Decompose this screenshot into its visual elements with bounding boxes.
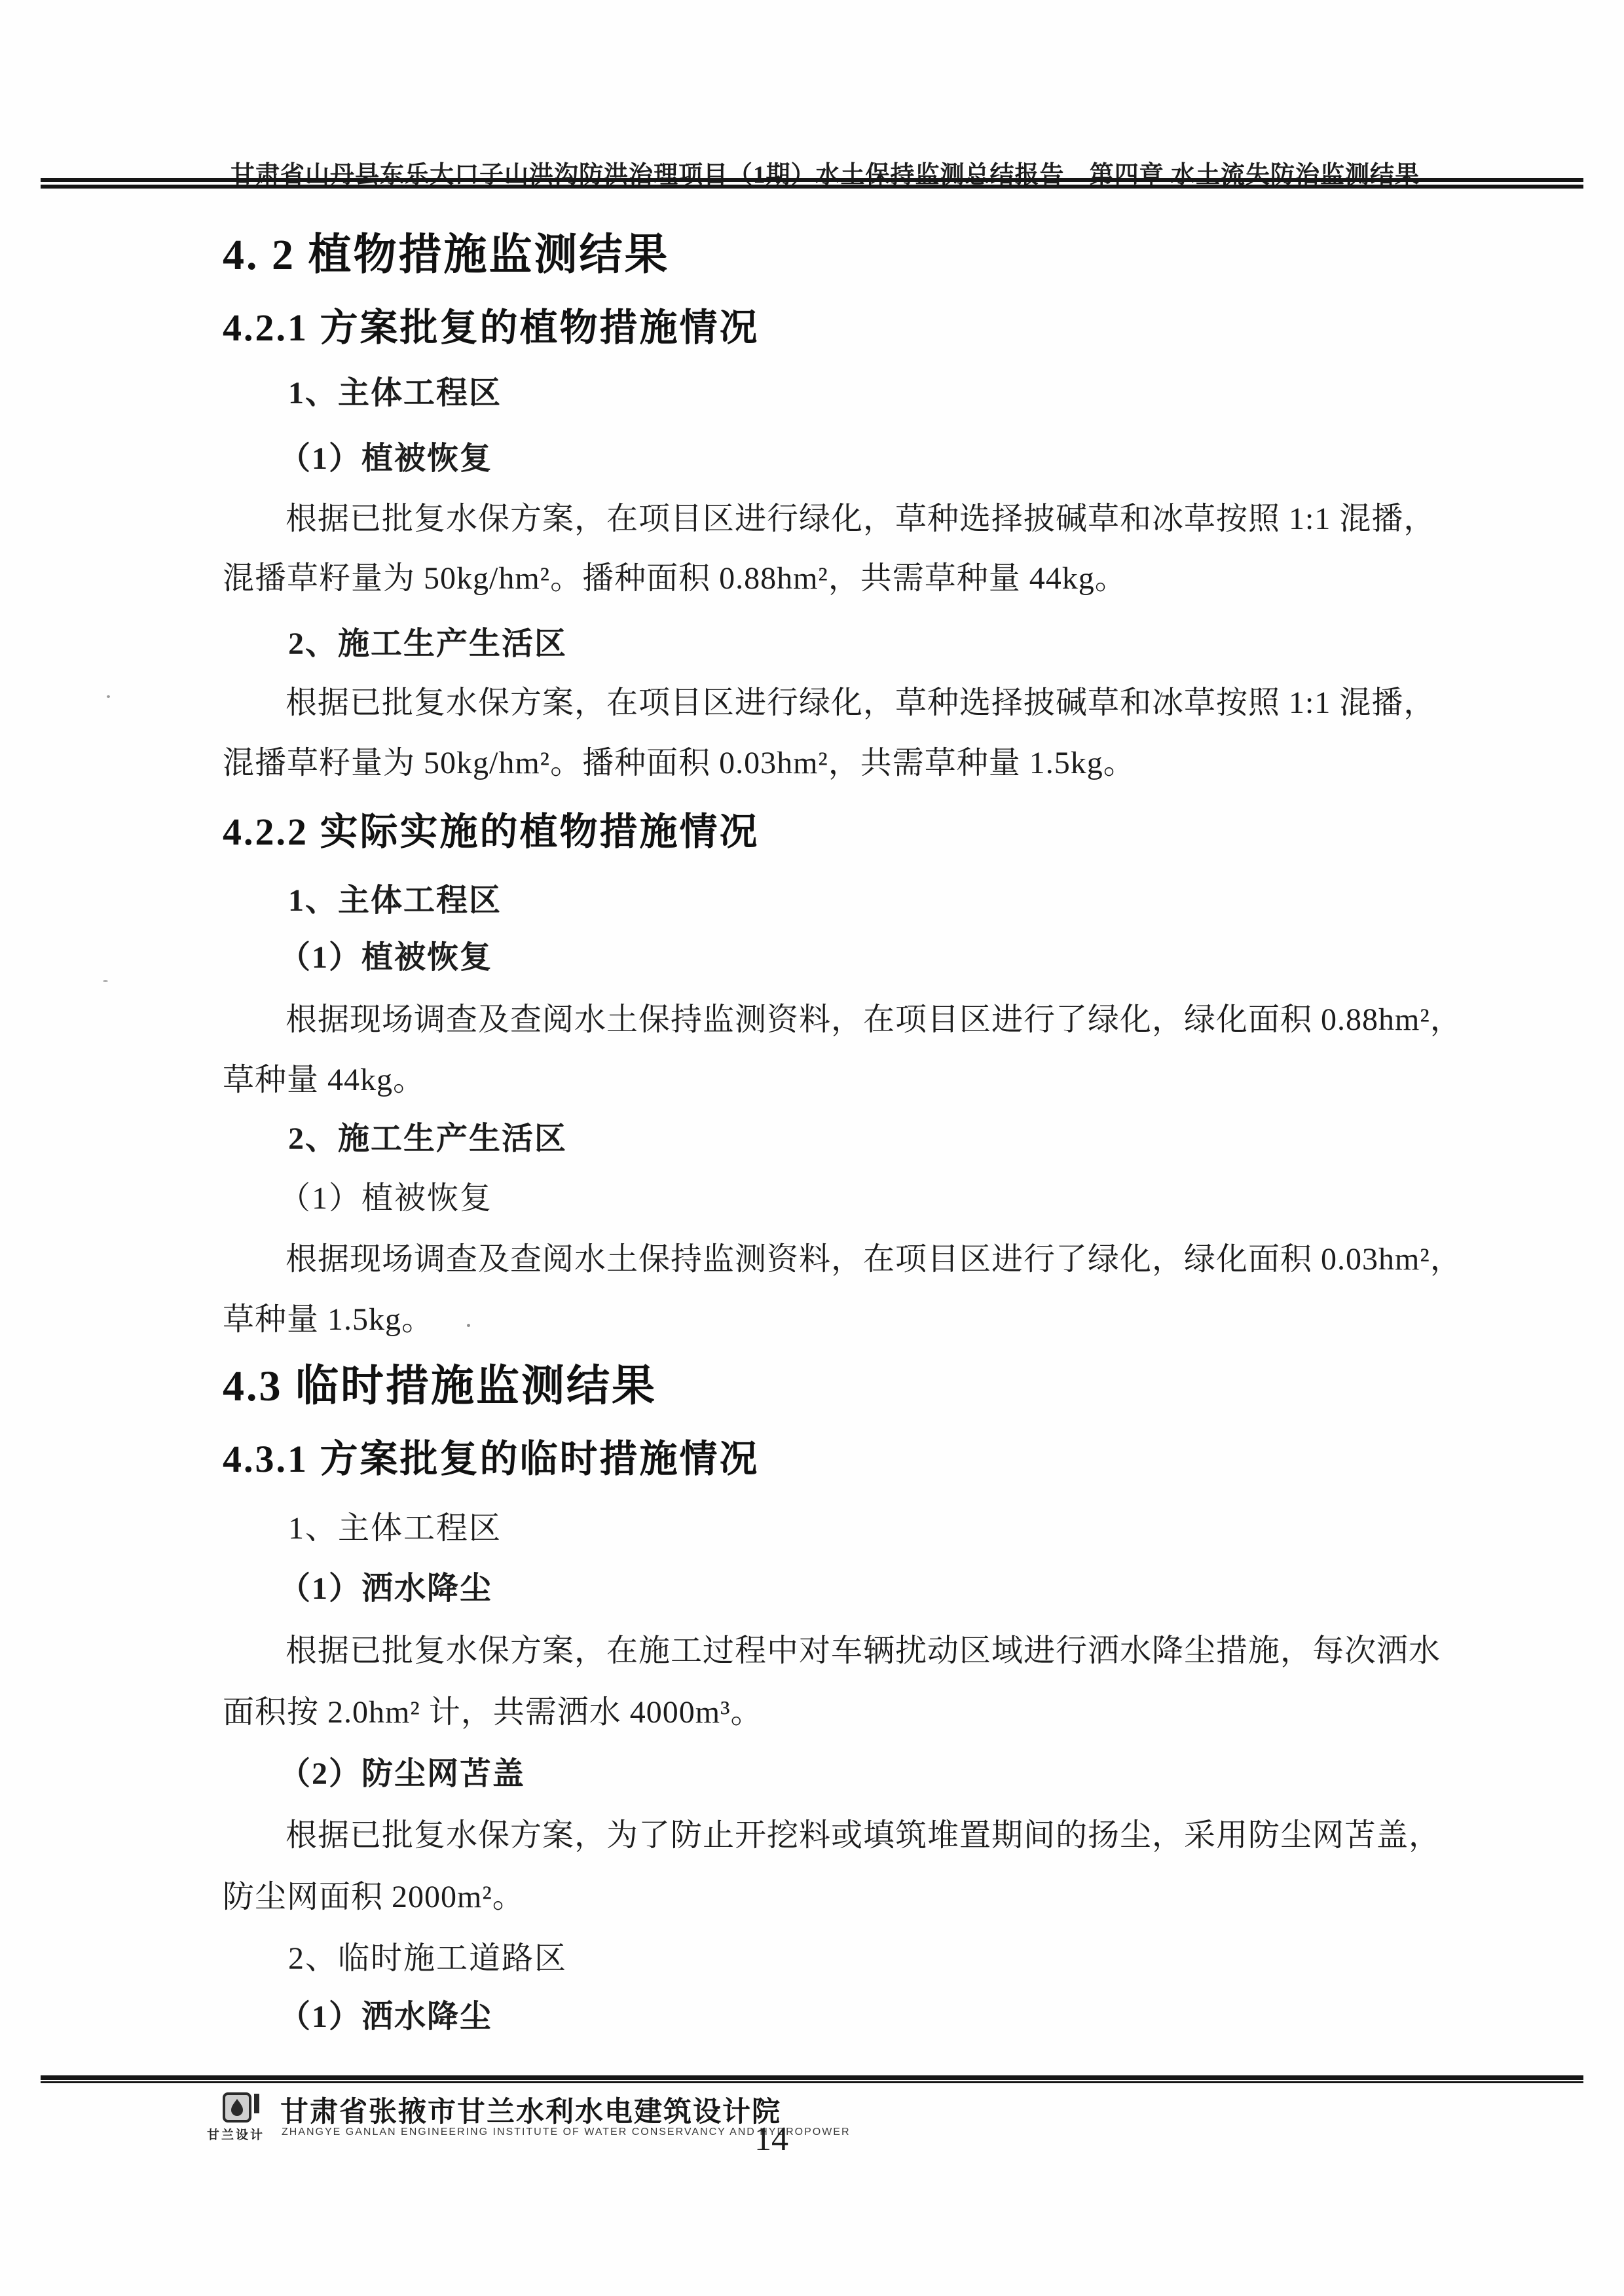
list-item-water-spray: （1）洒水降尘: [223, 1571, 1477, 1607]
page-number: 14: [754, 2120, 788, 2159]
list-item-camp-area: 2、施工生产生活区: [223, 626, 1486, 662]
list-item-revegetation: （1）植被恢复: [223, 441, 1477, 477]
list-item-main-area: 1、主体工程区: [223, 883, 1486, 919]
footer-rule-bottom: [41, 2081, 1583, 2083]
list-item-main-area: 1、主体工程区: [223, 1510, 1486, 1546]
paragraph-line: 草种量 44kg。: [223, 1062, 1421, 1098]
section-heading-4-2: 4. 2 植物措施监测结果: [223, 230, 1421, 280]
section-heading-4-2-2: 4.2.2 实际实施的植物措施情况: [223, 811, 1421, 854]
paragraph-line: 草种量 1.5kg。: [223, 1302, 1421, 1338]
list-item-dust-net: （2）防尘网苫盖: [223, 1756, 1477, 1792]
header-double-rule: [41, 178, 1583, 189]
header-rule-top: [41, 178, 1583, 182]
paragraph-line: 根据已批复水保方案，在项目区进行绿化，草种选择披碱草和冰草按照 1:1 混播，: [223, 501, 1484, 537]
paragraph-line: 根据已批复水保方案，在项目区进行绿化，草种选择披碱草和冰草按照 1:1 混播，: [223, 685, 1484, 721]
footer-rule-top: [41, 2075, 1583, 2080]
list-item-water-spray: （1）洒水降尘: [223, 1999, 1477, 2035]
paragraph-line: 混播草籽量为 50kg/hm²。播种面积 0.88hm²，共需草种量 44kg。: [223, 560, 1421, 596]
paragraph-line: 混播草籽量为 50kg/hm²。播种面积 0.03hm²，共需草种量 1.5kg…: [223, 745, 1421, 781]
section-heading-4-3-1: 4.3.1 方案批复的临时措施情况: [223, 1438, 1421, 1482]
list-item-temp-road-area: 2、临时施工道路区: [223, 1941, 1486, 1977]
section-heading-4-3: 4.3 临时措施监测结果: [223, 1362, 1421, 1412]
list-item-camp-area: 2、施工生产生活区: [223, 1121, 1486, 1157]
scan-artifact: [107, 695, 110, 698]
design-institute-logo: [223, 2092, 261, 2123]
scan-artifact: [467, 1324, 470, 1327]
list-item-revegetation: （1）植被恢复: [223, 939, 1477, 975]
paragraph-line: 防尘网面积 2000m²。: [223, 1879, 1421, 1915]
list-item-main-area: 1、主体工程区: [223, 375, 1486, 411]
logo-caption: 甘兰设计: [207, 2125, 265, 2143]
paragraph-line: 面积按 2.0hm² 计，共需洒水 4000m³。: [223, 1694, 1421, 1730]
scan-artifact: [103, 980, 108, 982]
paragraph-line: 根据现场调查及查阅水土保持监测资料，在项目区进行了绿化，绿化面积 0.88hm²…: [223, 1002, 1484, 1038]
paragraph-line: 根据已批复水保方案，在施工过程中对车辆扰动区域进行洒水降尘措施，每次洒水: [223, 1633, 1484, 1669]
header-rule-bottom: [41, 185, 1583, 189]
section-heading-4-2-1: 4.2.1 方案批复的植物措施情况: [223, 306, 1421, 350]
footer-double-rule: [41, 2075, 1583, 2083]
paragraph-line: 根据已批复水保方案，为了防止开挖料或填筑堆置期间的扬尘，采用防尘网苫盖，: [223, 1817, 1484, 1853]
scanned-report-page: 甘肃省山丹县东乐大口子山洪沟防洪治理项目（1期）水土保持监测总结报告 第四章 水…: [0, 0, 1624, 2296]
list-item-revegetation: （1）植被恢复: [223, 1180, 1477, 1216]
paragraph-line: 根据现场调查及查阅水土保持监测资料，在项目区进行了绿化，绿化面积 0.03hm²…: [223, 1241, 1484, 1277]
institute-name: 甘肃省张掖市甘兰水利水电建筑设计院: [280, 2090, 781, 2130]
logo-graphic: [223, 2092, 261, 2123]
